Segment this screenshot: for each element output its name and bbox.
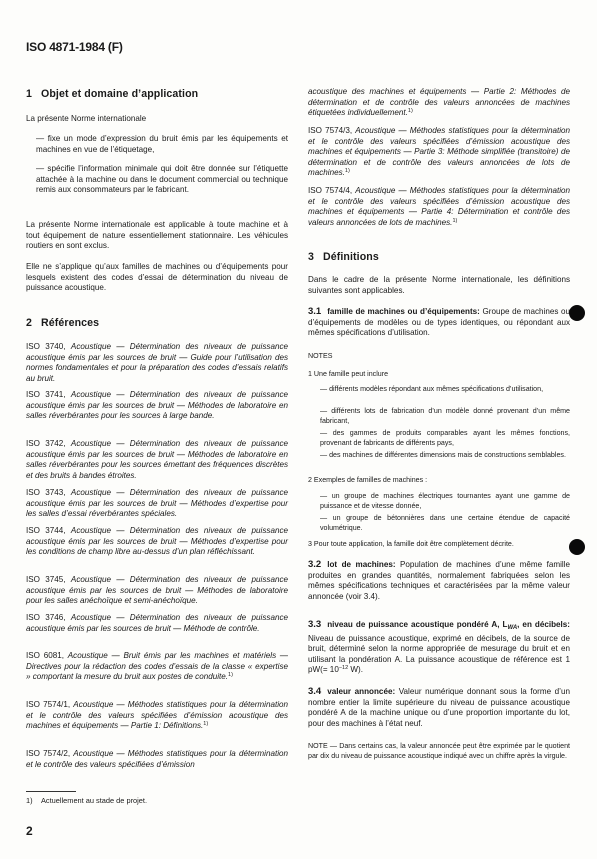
reference-item: ISO 3740, Acoustique — Détermination des… xyxy=(26,342,288,384)
section-3-heading: 3Définitions xyxy=(308,252,379,263)
reference-item: ISO 7574/4, Acoustique — Méthodes statis… xyxy=(308,186,570,228)
definition-3-2: 3.2lot de machines: Population de machin… xyxy=(308,560,570,602)
note-1-item: — différents lots de fabrication d’un mo… xyxy=(320,407,570,426)
scope-item-1: — fixe un mode d’expression du bruit émi… xyxy=(36,134,288,155)
note-2-item: — un groupe de machines électriques tour… xyxy=(320,492,570,511)
reference-item: ISO 3744, Acoustique — Détermination des… xyxy=(26,526,288,558)
section-3-intro: Dans le cadre de la présente Norme inter… xyxy=(308,275,570,296)
reference-item: ISO 7574/1, Acoustique — Méthodes statis… xyxy=(26,700,288,732)
reference-item: ISO 7574/3, Acoustique — Méthodes statis… xyxy=(308,126,570,179)
reference-item: ISO 3742, Acoustique — Détermination des… xyxy=(26,439,288,481)
section-title: Références xyxy=(41,317,99,329)
margin-marker-dot xyxy=(569,305,585,321)
note-2-item: — un groupe de bétonnières dans une cert… xyxy=(320,514,570,533)
scope-item-2: — spécifie l’information minimale qui do… xyxy=(36,164,288,196)
note-1: 1 Une famille peut inclure xyxy=(308,370,570,380)
reference-item: ISO 3746, Acoustique — Détermination des… xyxy=(26,613,288,634)
reference-item: ISO 6081, Acoustique — Bruit émis par le… xyxy=(26,651,288,683)
note-1-item: — des gammes de produits comparables aya… xyxy=(320,429,570,448)
footnote-text: Actuellement au stade de projet. xyxy=(41,796,147,805)
page-number: 2 xyxy=(26,824,33,838)
section-title: Définitions xyxy=(323,251,379,263)
reference-item: ISO 3741, Acoustique — Détermination des… xyxy=(26,390,288,422)
reference-item: ISO 3745, Acoustique — Détermination des… xyxy=(26,575,288,607)
footnote: 1)Actuellement au stade de projet. xyxy=(26,796,147,805)
notes-label: NOTES xyxy=(308,352,570,362)
section-1-para-2: Elle ne s’applique qu’aux familles de ma… xyxy=(26,262,288,294)
note-1-item: — des machines de différentes dimensions… xyxy=(320,451,570,461)
section-number: 2 xyxy=(26,318,41,329)
section-1-intro: La présente Norme internationale xyxy=(26,114,288,125)
note-3: 3 Pour toute application, la famille doi… xyxy=(308,540,570,550)
note-1-item: — différents modèles répondant aux mêmes… xyxy=(320,385,570,395)
reference-item-continued: acoustique des machines et équipements —… xyxy=(308,87,570,119)
section-title: Objet et domaine d’application xyxy=(41,88,198,100)
reference-item: ISO 3743, Acoustique — Détermination des… xyxy=(26,488,288,520)
section-1-para-1: La présente Norme internationale est app… xyxy=(26,220,288,252)
final-note: NOTE — Dans certains cas, la valeur anno… xyxy=(308,742,570,761)
section-1-heading: 1Objet et domaine d’application xyxy=(26,89,198,100)
footnote-rule xyxy=(26,791,76,792)
section-number: 1 xyxy=(26,89,41,100)
note-2: 2 Exemples de familles de machines : xyxy=(308,476,570,486)
section-2-heading: 2Références xyxy=(26,318,99,329)
definition-3-1: 3.1famille de machines ou d’équipements:… xyxy=(308,307,570,339)
section-number: 3 xyxy=(308,252,323,263)
reference-item: ISO 7574/2, Acoustique — Méthodes statis… xyxy=(26,749,288,770)
definition-3-4: 3.4valeur annoncée: Valeur numérique don… xyxy=(308,687,570,729)
definition-3-3: 3.3niveau de puissance acoustique pondér… xyxy=(308,620,570,676)
margin-marker-dot xyxy=(569,539,585,555)
footnote-mark: 1) xyxy=(26,796,41,805)
document-header: ISO 4871-1984 (F) xyxy=(26,40,123,54)
